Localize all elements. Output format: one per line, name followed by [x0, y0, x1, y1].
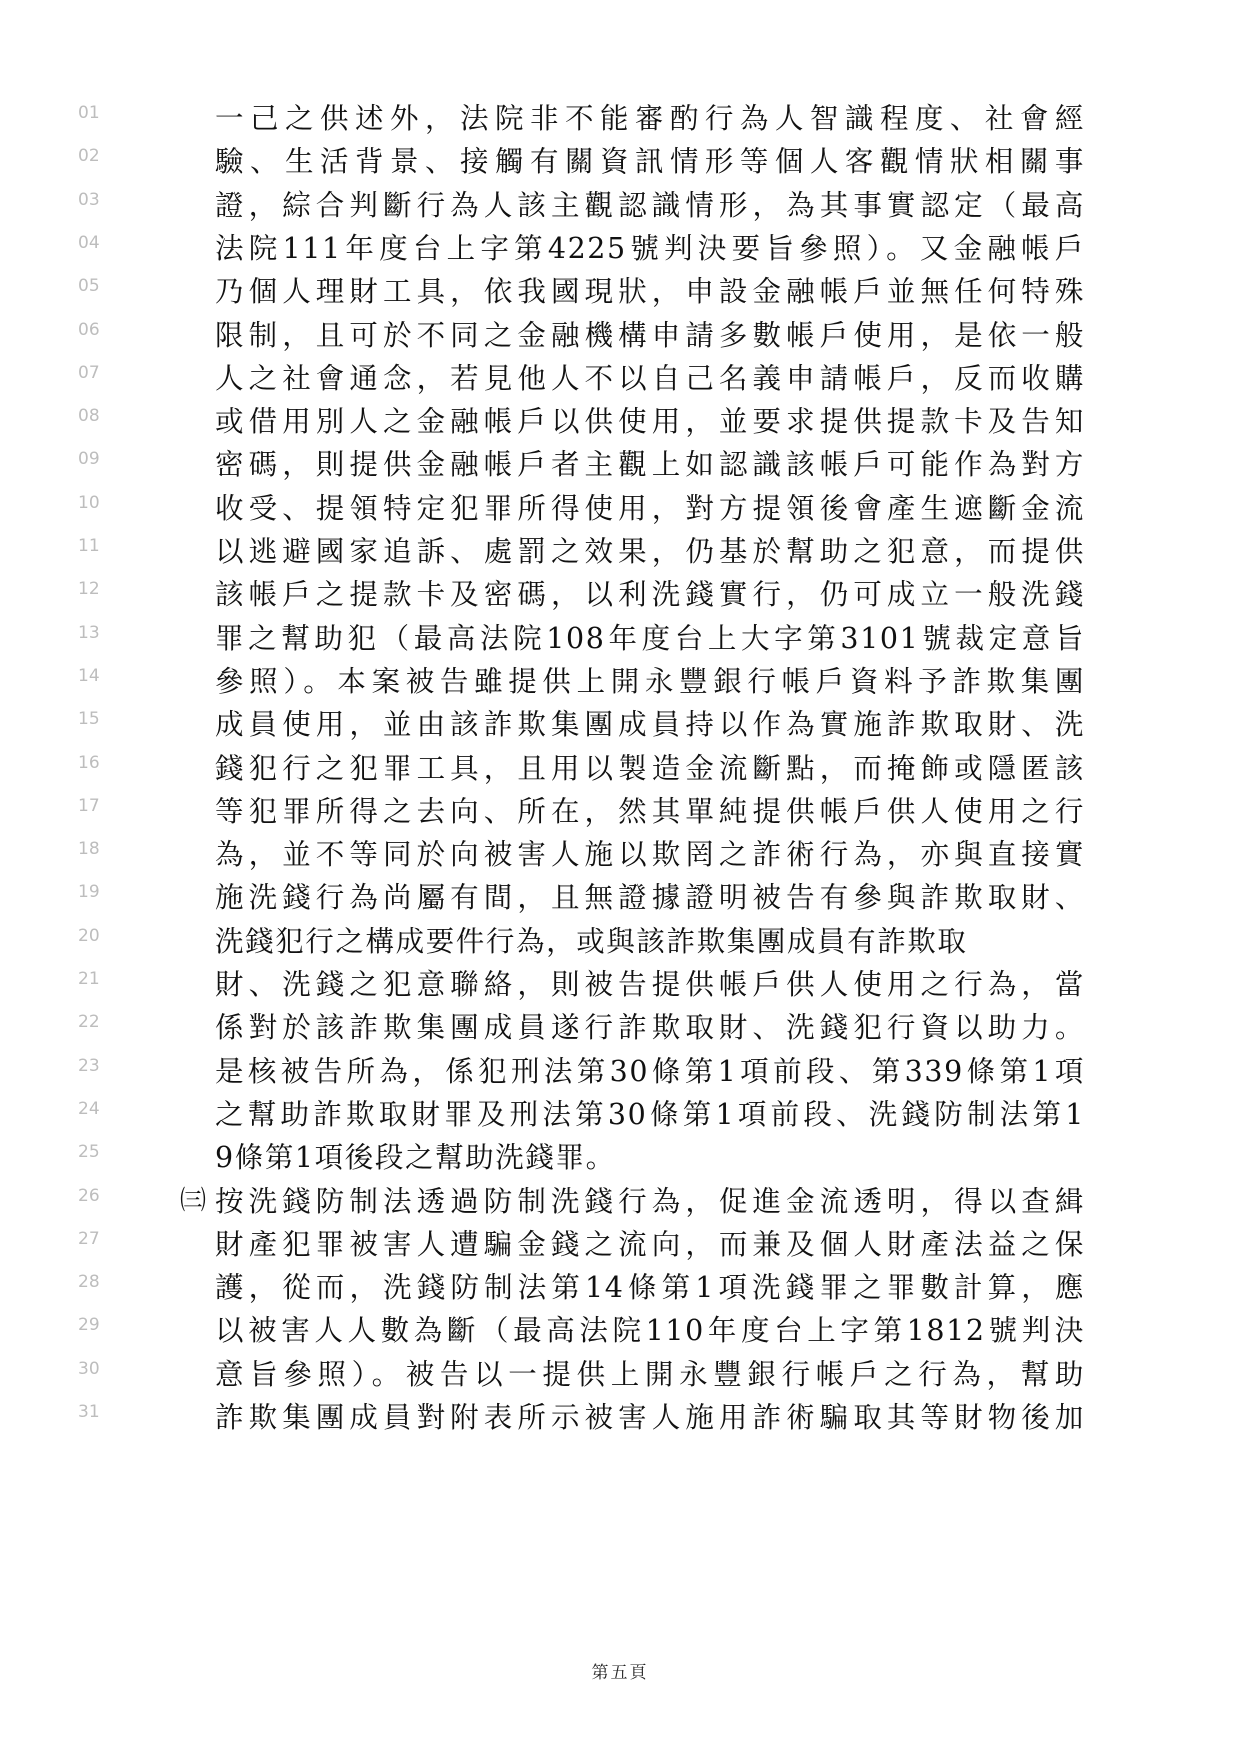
document-line: 22係對於該詐欺集團成員遂行詐欺取財、洗錢犯行資以助力。 [0, 1006, 1240, 1049]
document-line: 12該帳戶之提款卡及密碼，以利洗錢實行，仍可成立一般洗錢 [0, 573, 1240, 616]
line-text: 驗、生活背景、接觸有關資訊情形等個人客觀情狀相關事 [215, 140, 1085, 183]
line-number: 10 [78, 493, 118, 513]
document-line: 29以被害人人數為斷（最高法院110年度台上字第1812號判決 [0, 1309, 1240, 1352]
line-text: 9條第1項後段之幫助洗錢罪。 [215, 1136, 1085, 1179]
document-line: 11以逃避國家追訴、處罰之效果，仍基於幫助之犯意，而提供 [0, 530, 1240, 573]
line-text: 該帳戶之提款卡及密碼，以利洗錢實行，仍可成立一般洗錢 [215, 573, 1085, 616]
line-text: 罪之幫助犯（最高法院108年度台上大字第3101號裁定意旨 [215, 617, 1085, 660]
document-line: 05乃個人理財工具，依我國現狀，申設金融帳戶並無任何特殊 [0, 270, 1240, 313]
line-text: 法院111年度台上字第4225號判決要旨參照）。又金融帳戶 [215, 227, 1085, 270]
line-text: 護，從而，洗錢防制法第14條第1項洗錢罪之罪數計算，應 [215, 1266, 1085, 1309]
line-number: 23 [78, 1056, 118, 1076]
line-number: 28 [78, 1272, 118, 1292]
page-number-footer: 第五頁 [0, 1658, 1240, 1683]
document-line: 09密碼，則提供金融帳戶者主觀上如認識該帳戶可能作為對方 [0, 443, 1240, 486]
line-text: 為，並不等同於向被害人施以欺罔之詐術行為，亦與直接實 [215, 833, 1085, 876]
line-number: 15 [78, 709, 118, 729]
document-page: 01一己之供述外，法院非不能審酌行為人智識程度、社會經02驗、生活背景、接觸有關… [0, 0, 1240, 1755]
document-line: 23是核被告所為，係犯刑法第30條第1項前段、第339條第1項 [0, 1050, 1240, 1093]
document-line: 04法院111年度台上字第4225號判決要旨參照）。又金融帳戶 [0, 227, 1240, 270]
line-number: 14 [78, 666, 118, 686]
line-number: 26 [78, 1186, 118, 1206]
line-number: 24 [78, 1099, 118, 1119]
line-number: 25 [78, 1142, 118, 1162]
line-text: 乃個人理財工具，依我國現狀，申設金融帳戶並無任何特殊 [215, 270, 1085, 313]
line-number: 29 [78, 1315, 118, 1335]
line-text: 參照）。本案被告雖提供上開永豐銀行帳戶資料予詐欺集團 [215, 660, 1085, 703]
document-line: 02驗、生活背景、接觸有關資訊情形等個人客觀情狀相關事 [0, 140, 1240, 183]
document-line: 08或借用別人之金融帳戶以供使用，並要求提供提款卡及告知 [0, 400, 1240, 443]
line-number: 18 [78, 839, 118, 859]
document-line: 20洗錢犯行之構成要件行為，或與該詐欺集團成員有詐欺取 [0, 920, 1240, 963]
line-number: 01 [78, 103, 118, 123]
line-text: 證，綜合判斷行為人該主觀認識情形，為其事實認定（最高 [215, 184, 1085, 227]
document-line: 26㈢按洗錢防制法透過防制洗錢行為，促進金流透明，得以查緝 [0, 1180, 1240, 1223]
document-line: 14參照）。本案被告雖提供上開永豐銀行帳戶資料予詐欺集團 [0, 660, 1240, 703]
document-line: 18為，並不等同於向被害人施以欺罔之詐術行為，亦與直接實 [0, 833, 1240, 876]
document-line: 16錢犯行之犯罪工具，且用以製造金流斷點，而掩飾或隱匿該 [0, 747, 1240, 790]
line-number: 22 [78, 1012, 118, 1032]
line-text: 人之社會通念，若見他人不以自己名義申請帳戶，反而收購 [215, 357, 1085, 400]
line-number: 21 [78, 969, 118, 989]
line-text: 財、洗錢之犯意聯絡，則被告提供帳戶供人使用之行為，當 [215, 963, 1085, 1006]
document-line: 13罪之幫助犯（最高法院108年度台上大字第3101號裁定意旨 [0, 617, 1240, 660]
line-text: 一己之供述外，法院非不能審酌行為人智識程度、社會經 [215, 97, 1085, 140]
document-line: 19施洗錢行為尚屬有間，且無證據證明被告有參與詐欺取財、 [0, 876, 1240, 919]
document-line: 31詐欺集團成員對附表所示被害人施用詐術騙取其等財物後加 [0, 1396, 1240, 1439]
document-line: 27財產犯罪被害人遭騙金錢之流向，而兼及個人財產法益之保 [0, 1223, 1240, 1266]
line-text: 錢犯行之犯罪工具，且用以製造金流斷點，而掩飾或隱匿該 [215, 747, 1085, 790]
line-text: 等犯罪所得之去向、所在，然其單純提供帳戶供人使用之行 [215, 790, 1085, 833]
line-number: 30 [78, 1359, 118, 1379]
document-line: 06限制，且可於不同之金融機構申請多數帳戶使用，是依一般 [0, 314, 1240, 357]
document-line: 17等犯罪所得之去向、所在，然其單純提供帳戶供人使用之行 [0, 790, 1240, 833]
line-number: 02 [78, 146, 118, 166]
line-number: 04 [78, 233, 118, 253]
line-text: 收受、提領特定犯罪所得使用，對方提領後會產生遮斷金流 [215, 487, 1085, 530]
line-number: 20 [78, 926, 118, 946]
document-line: 21財、洗錢之犯意聯絡，則被告提供帳戶供人使用之行為，當 [0, 963, 1240, 1006]
line-number: 09 [78, 449, 118, 469]
line-number: 27 [78, 1229, 118, 1249]
line-number: 19 [78, 882, 118, 902]
line-number: 31 [78, 1402, 118, 1422]
document-line: 03證，綜合判斷行為人該主觀認識情形，為其事實認定（最高 [0, 184, 1240, 227]
line-text: 密碼，則提供金融帳戶者主觀上如認識該帳戶可能作為對方 [215, 443, 1085, 486]
line-text: 限制，且可於不同之金融機構申請多數帳戶使用，是依一般 [215, 314, 1085, 357]
line-number: 13 [78, 623, 118, 643]
document-line: 30意旨參照）。被告以一提供上開永豐銀行帳戶之行為，幫助 [0, 1353, 1240, 1396]
line-number: 06 [78, 320, 118, 340]
line-number: 11 [78, 536, 118, 556]
line-text: 詐欺集團成員對附表所示被害人施用詐術騙取其等財物後加 [215, 1396, 1085, 1439]
document-line: 259條第1項後段之幫助洗錢罪。 [0, 1136, 1240, 1179]
line-number: 03 [78, 190, 118, 210]
line-text: 係對於該詐欺集團成員遂行詐欺取財、洗錢犯行資以助力。 [215, 1006, 1085, 1049]
document-line: 07人之社會通念，若見他人不以自己名義申請帳戶，反而收購 [0, 357, 1240, 400]
document-line: 28護，從而，洗錢防制法第14條第1項洗錢罪之罪數計算，應 [0, 1266, 1240, 1309]
line-text: 以逃避國家追訴、處罰之效果，仍基於幫助之犯意，而提供 [215, 530, 1085, 573]
document-line: 24之幫助詐欺取財罪及刑法第30條第1項前段、洗錢防制法第1 [0, 1093, 1240, 1136]
line-number: 07 [78, 363, 118, 383]
line-text: 洗錢犯行之構成要件行為，或與該詐欺集團成員有詐欺取 [215, 920, 1085, 963]
line-number: 12 [78, 579, 118, 599]
document-line: 15成員使用，並由該詐欺集團成員持以作為實施詐欺取財、洗 [0, 703, 1240, 746]
line-text: 或借用別人之金融帳戶以供使用，並要求提供提款卡及告知 [215, 400, 1085, 443]
line-text: 按洗錢防制法透過防制洗錢行為，促進金流透明，得以查緝 [215, 1180, 1085, 1223]
document-line: 01一己之供述外，法院非不能審酌行為人智識程度、社會經 [0, 97, 1240, 140]
line-text: 財產犯罪被害人遭騙金錢之流向，而兼及個人財產法益之保 [215, 1223, 1085, 1266]
line-text: 成員使用，並由該詐欺集團成員持以作為實施詐欺取財、洗 [215, 703, 1085, 746]
line-text: 以被害人人數為斷（最高法院110年度台上字第1812號判決 [215, 1309, 1085, 1352]
line-text: 是核被告所為，係犯刑法第30條第1項前段、第339條第1項 [215, 1050, 1085, 1093]
line-number: 08 [78, 406, 118, 426]
line-text: 意旨參照）。被告以一提供上開永豐銀行帳戶之行為，幫助 [215, 1353, 1085, 1396]
line-text: 之幫助詐欺取財罪及刑法第30條第1項前段、洗錢防制法第1 [215, 1093, 1085, 1136]
line-number: 16 [78, 753, 118, 773]
line-number: 17 [78, 796, 118, 816]
section-marker: ㈢ [180, 1180, 206, 1223]
line-number: 05 [78, 276, 118, 296]
line-text: 施洗錢行為尚屬有間，且無證據證明被告有參與詐欺取財、 [215, 876, 1085, 919]
document-line: 10收受、提領特定犯罪所得使用，對方提領後會產生遮斷金流 [0, 487, 1240, 530]
